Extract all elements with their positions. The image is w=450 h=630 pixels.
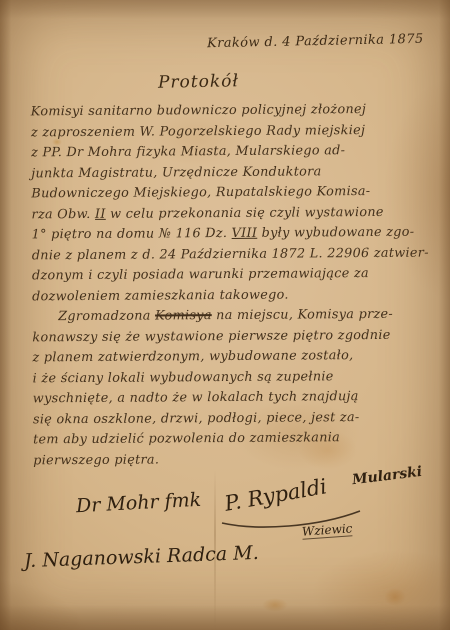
text-line: z planem zatwierdzonym, wybudowane zosta… bbox=[32, 346, 424, 369]
text-line: tem aby udzielić pozwolenia do zamieszka… bbox=[33, 428, 425, 451]
document-body: Komisyi sanitarno budowniczo policyjnej … bbox=[31, 100, 426, 472]
strikethrough-word: Komisya bbox=[155, 308, 212, 323]
scanned-document-page: Kraków d. 4 Października 1875 Protokół K… bbox=[0, 0, 450, 630]
dateline: Kraków d. 4 Października 1875 bbox=[207, 32, 424, 52]
text-line: dzonym i czyli posiada warunki przemawia… bbox=[32, 264, 424, 287]
text-line: dozwoleniem zamieszkania takowego. bbox=[32, 284, 424, 307]
text-line: rza Obw. II w celu przekonania się czyli… bbox=[31, 202, 423, 225]
signature-naganowski: J. Naganowski Radca M. bbox=[24, 542, 259, 572]
document-title: Protokół bbox=[158, 71, 239, 92]
underlined-word: VIII bbox=[232, 226, 258, 241]
signature-rypaldi: P. Rypaldi bbox=[223, 474, 329, 516]
text-segment: na miejscu, Komisya prze- bbox=[212, 307, 393, 323]
text-segment: rza Obw. bbox=[31, 206, 95, 221]
text-line: i że ściany lokali wybudowanych są zupeł… bbox=[33, 366, 425, 389]
text-line: Budowniczego Miejskiego, Rupatalskiego K… bbox=[31, 182, 423, 205]
text-segment: w celu przekonania się czyli wystawione bbox=[106, 204, 384, 221]
text-line: się okna oszklone, drzwi, podłogi, piece… bbox=[33, 407, 425, 430]
text-segment: były wybudowane zgo- bbox=[257, 225, 414, 241]
text-line: z PP. Dr Mohra fizyka Miasta, Mularskieg… bbox=[31, 141, 423, 164]
text-line: junkta Magistratu, Urzędnicze Konduktora bbox=[31, 161, 423, 184]
paper-stain bbox=[262, 598, 288, 612]
text-line: dnie z planem z d. 24 Października 1872 … bbox=[32, 243, 424, 266]
paper-stain bbox=[384, 588, 406, 606]
signature-mohr: Dr Mohr fmk bbox=[76, 489, 202, 518]
text-line: 1° piętro na domu № 116 Dz. VIII były wy… bbox=[32, 223, 424, 246]
text-line: pierwszego piętra. bbox=[33, 448, 425, 471]
signature-wziewic: Wziewic bbox=[302, 521, 353, 539]
paragraph-2: Zgromadzona Komisya na miejscu, Komisya … bbox=[32, 305, 425, 472]
paragraph-1: Komisyi sanitarno budowniczo policyjnej … bbox=[31, 100, 424, 308]
text-line: Zgromadzona Komisya na miejscu, Komisya … bbox=[32, 305, 424, 328]
text-line: konawszy się że wystawione pierwsze pięt… bbox=[32, 325, 424, 348]
underlined-word: II bbox=[95, 206, 106, 221]
text-segment: Zgromadzona bbox=[58, 309, 155, 325]
text-segment: 1° piętro na domu № 116 Dz. bbox=[32, 226, 232, 242]
text-line: wyschnięte, a nadto że w lokalach tych z… bbox=[33, 387, 425, 410]
text-line: Komisyi sanitarno budowniczo policyjnej … bbox=[31, 100, 423, 123]
text-line: z zaproszeniem W. Pogorzelskiego Rady mi… bbox=[31, 120, 423, 143]
